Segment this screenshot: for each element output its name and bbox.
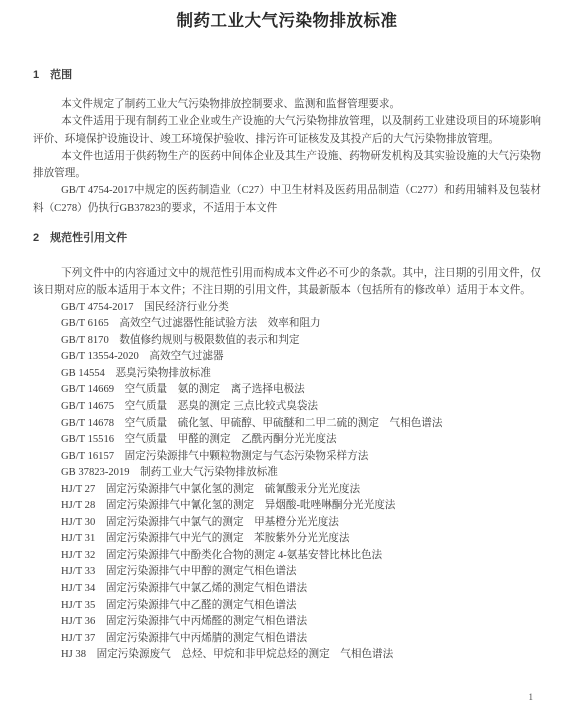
section-2-number: 2 [33, 232, 39, 244]
reference-item: GB/T 16157 固定污染源排气中颗粒物测定与气态污染物采样方法 [61, 449, 541, 466]
section-2-heading: 2规范性引用文件 [33, 231, 541, 245]
reference-item: GB 14554 恶臭污染物排放标准 [61, 366, 541, 383]
paragraph-scope-2: 本文件适用于现有制药工业企业或生产设施的大气污染物排放管理，以及制药工业建设项目… [33, 113, 541, 148]
paragraph-scope-4: GB/T 4754-2017中规定的医药制造业（C27）中卫生材料及医药用品制造… [33, 182, 541, 217]
reference-item: HJ/T 28 固定污染源排气中氰化氢的测定 异烟酸-吡唑啉酮分光光度法 [61, 498, 541, 515]
paragraph-scope-3: 本文件也适用于供药物生产的医药中间体企业及其生产设施、药物研发机构及其实验设施的… [33, 148, 541, 183]
reference-item: GB/T 15516 空气质量 甲醛的测定 乙酰丙酮分光光度法 [61, 432, 541, 449]
reference-item: GB/T 14669 空气质量 氨的测定 离子选择电极法 [61, 382, 541, 399]
section-1-number: 1 [33, 69, 39, 81]
reference-item: HJ/T 31 固定污染源排气中光气的测定 苯胺紫外分光光度法 [61, 531, 541, 548]
section-1-heading: 1范围 [33, 68, 541, 82]
reference-item: HJ 38 固定污染源废气 总烃、甲烷和非甲烷总烃的测定 气相色谱法 [61, 647, 541, 664]
reference-item: HJ/T 30 固定污染源排气中氯气的测定 甲基橙分光光度法 [61, 515, 541, 532]
reference-item: GB 37823-2019 制药工业大气污染物排放标准 [61, 465, 541, 482]
section-2-title: 规范性引用文件 [50, 232, 127, 244]
reference-item: HJ/T 33 固定污染源排气中甲醇的测定气相色谱法 [61, 564, 541, 581]
reference-item: GB/T 14678 空气质量 硫化氢、甲硫醇、甲硫醚和二甲二硫的测定 气相色谱… [61, 416, 541, 433]
reference-item: HJ/T 35 固定污染源排气中乙醛的测定气相色谱法 [61, 598, 541, 615]
page-number: 1 [529, 692, 534, 703]
reference-item: GB/T 14675 空气质量 恶臭的测定 三点比较式臭袋法 [61, 399, 541, 416]
reference-item: HJ/T 32 固定污染源排气中酚类化合物的测定 4-氨基安替比林比色法 [61, 548, 541, 565]
section-1-body: 本文件规定了制药工业大气污染物排放控制要求、监测和监督管理要求。 本文件适用于现… [33, 96, 541, 217]
reference-item: HJ/T 37 固定污染源排气中丙烯腈的测定气相色谱法 [61, 631, 541, 648]
reference-item: HJ/T 36 固定污染源排气中丙烯醛的测定气相色谱法 [61, 614, 541, 631]
reference-item: GB/T 8170 数值修约规则与极限数值的表示和判定 [61, 333, 541, 350]
references-list: GB/T 4754-2017 国民经济行业分类 GB/T 6165 高效空气过滤… [33, 300, 541, 664]
document-title: 制药工业大气污染物排放标准 [33, 11, 541, 31]
document-page: 制药工业大气污染物排放标准 1范围 本文件规定了制药工业大气污染物排放控制要求、… [0, 0, 575, 719]
reference-item: GB/T 13554-2020 高效空气过滤器 [61, 349, 541, 366]
reference-item: GB/T 6165 高效空气过滤器性能试验方法 效率和阻力 [61, 316, 541, 333]
reference-item: GB/T 4754-2017 国民经济行业分类 [61, 300, 541, 317]
reference-item: HJ/T 27 固定污染源排气中氯化氢的测定 硫氰酸汞分光光度法 [61, 482, 541, 499]
paragraph-references-intro: 下列文件中的内容通过文中的规范性引用而构成本文件必不可少的条款。其中，注日期的引… [33, 265, 541, 300]
paragraph-scope-1: 本文件规定了制药工业大气污染物排放控制要求、监测和监督管理要求。 [33, 96, 541, 113]
reference-item: HJ/T 34 固定污染源排气中氯乙烯的测定气相色谱法 [61, 581, 541, 598]
section-1-title: 范围 [50, 69, 72, 81]
section-2-body: 下列文件中的内容通过文中的规范性引用而构成本文件必不可少的条款。其中，注日期的引… [33, 265, 541, 300]
